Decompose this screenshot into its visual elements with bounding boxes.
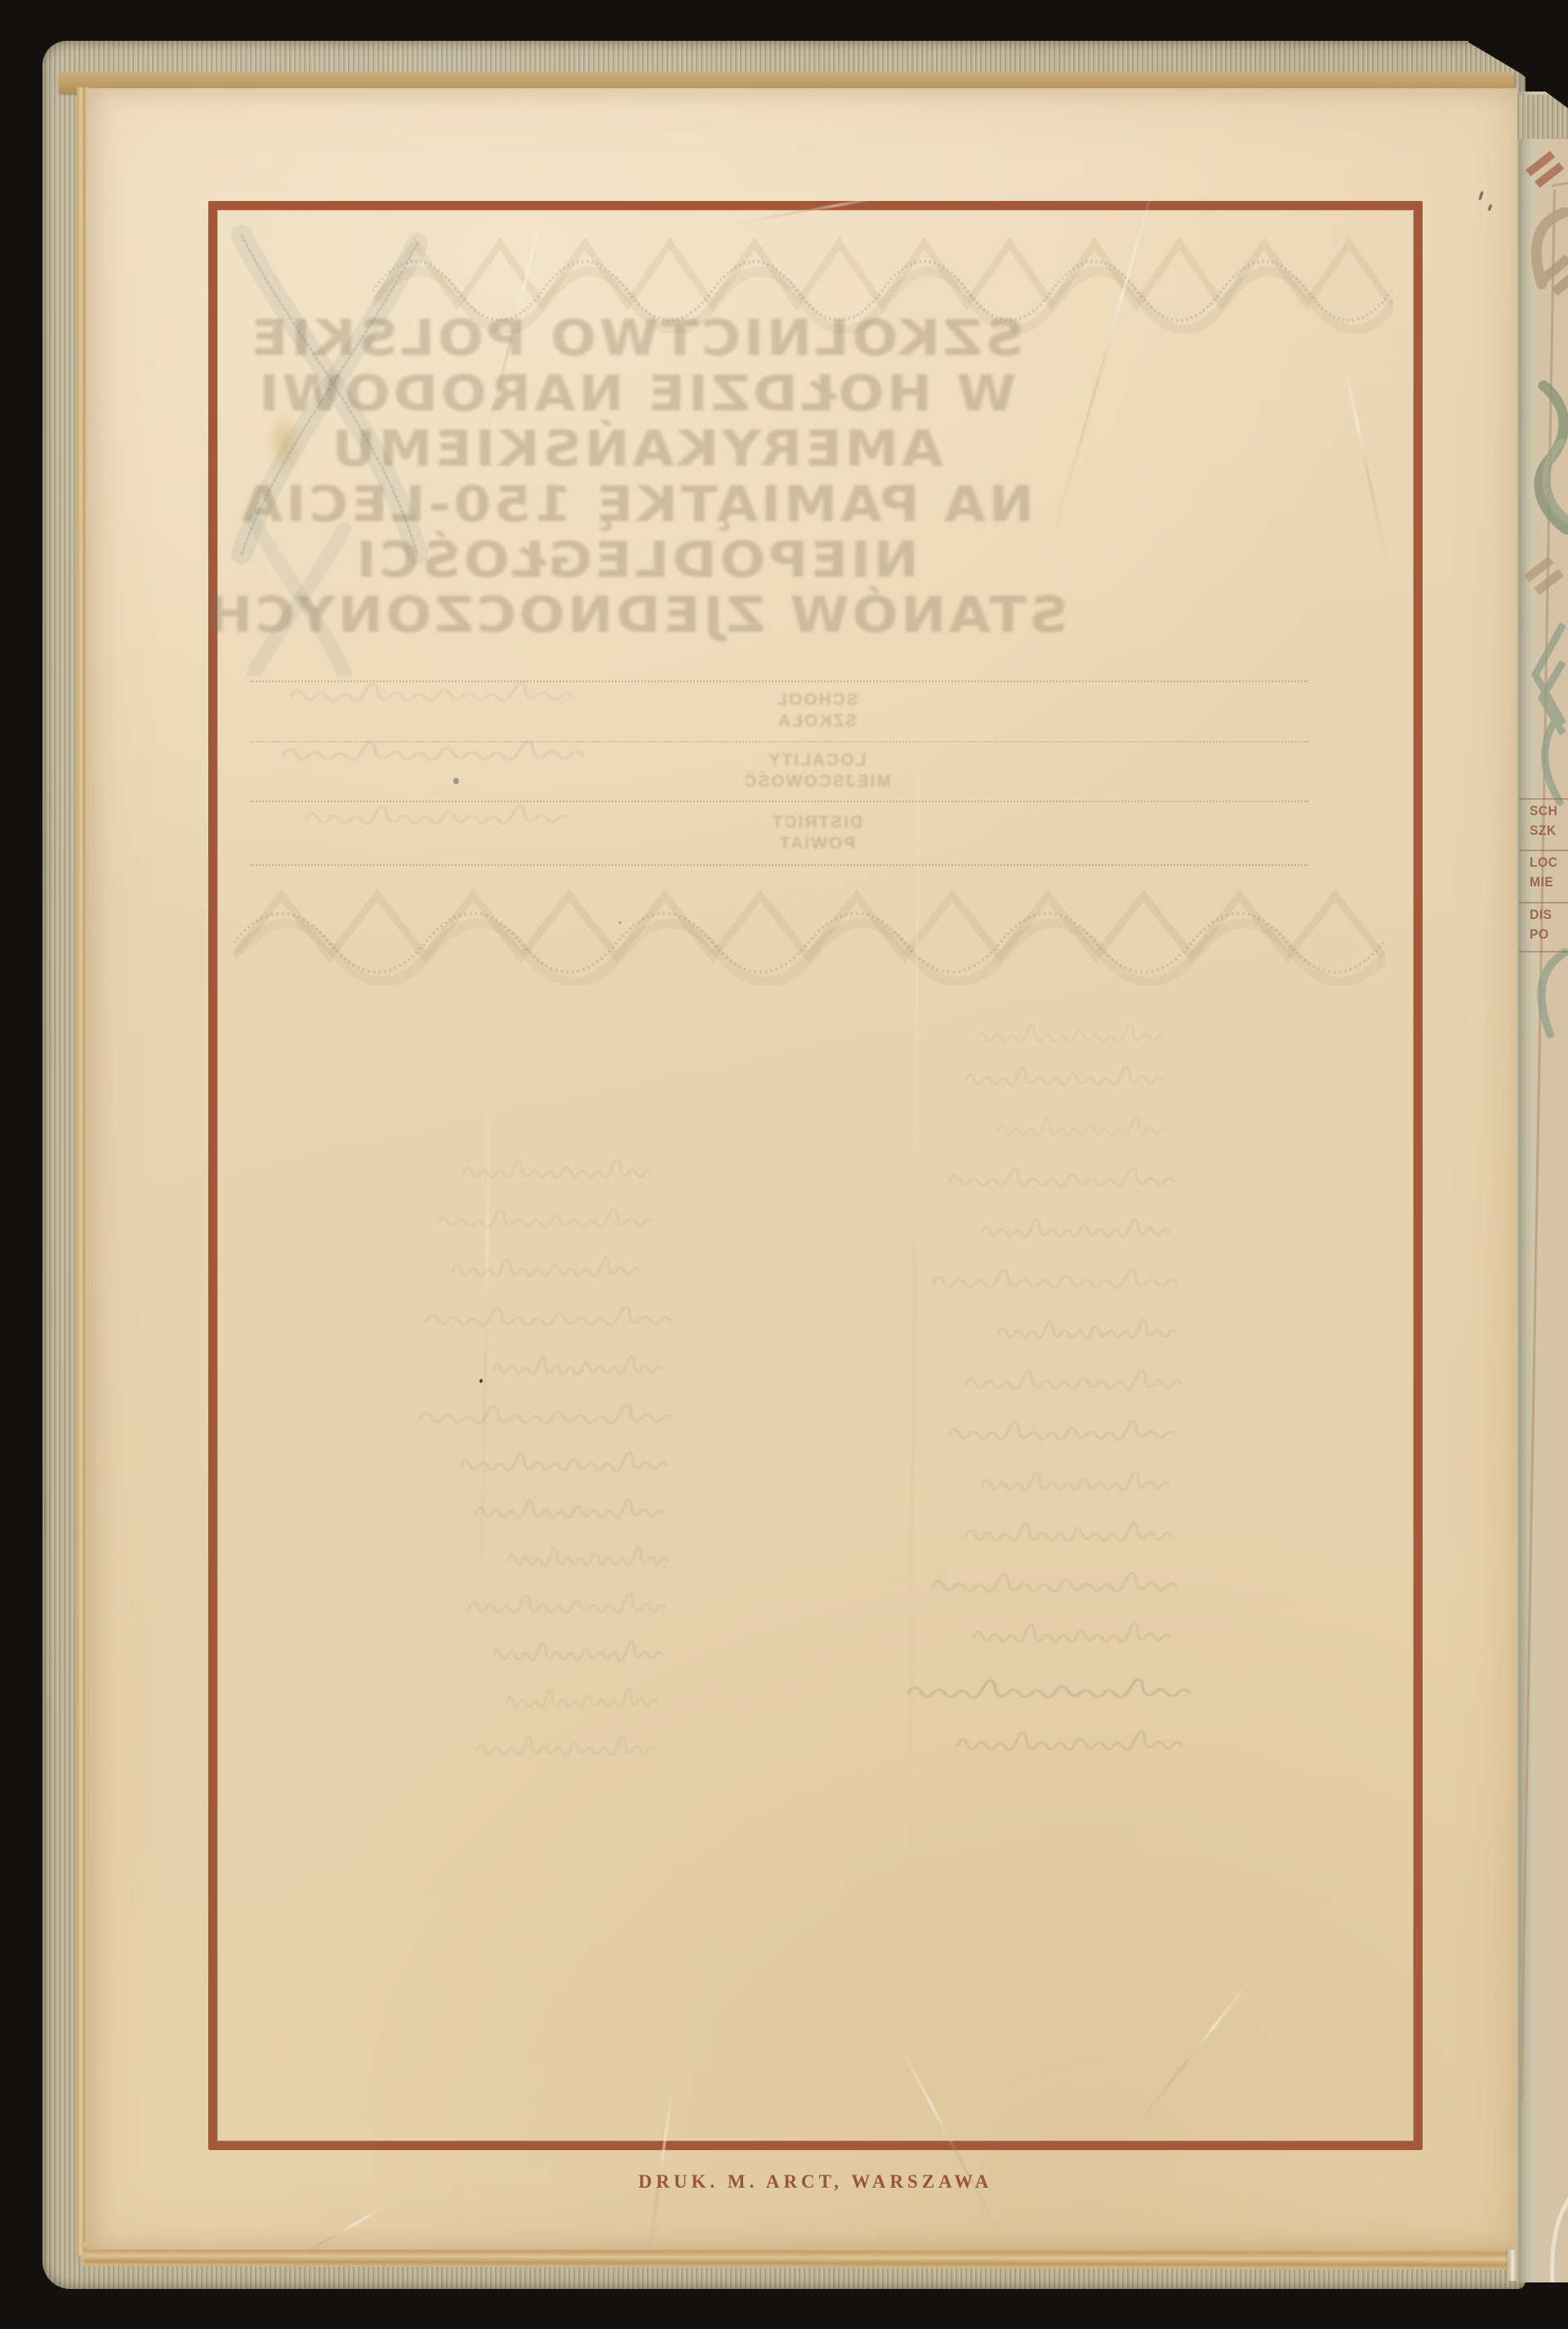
next-page-table-rule [1519, 951, 1568, 953]
next-page-label-fragment: MIE [1530, 874, 1553, 890]
scanned-book-page: SCH SZK LOC MIE DIS PO [0, 0, 1568, 2329]
ghost-handwriting [87, 88, 1517, 2250]
next-page-label-fragment: SCH [1530, 803, 1557, 819]
printer-imprint: DRUK. M. ARCT, WARSZAWA [208, 2171, 1423, 2193]
paper-speck [619, 921, 621, 924]
next-page-sliver: SCH SZK LOC MIE DIS PO [1519, 91, 1568, 2282]
next-page-ornament-fragments [1519, 91, 1568, 1153]
paper-speck [479, 1379, 483, 1383]
next-page-label-fragment: LOC [1530, 854, 1557, 871]
verso-page: SZKOLNICTWO POLSKIE W HOŁDZIE NARODOWI A… [87, 88, 1517, 2250]
next-page-table-rule [1519, 850, 1568, 851]
next-page-label-fragment: SZK [1530, 823, 1557, 839]
next-page-table-rule [1519, 902, 1568, 903]
ghost-arc-mark [1548, 2183, 1568, 2282]
next-page-label-fragment: PO [1530, 926, 1549, 943]
next-page-label-fragment: DIS [1530, 907, 1552, 923]
paper-speck [453, 778, 459, 784]
next-page-table-rule [1519, 798, 1568, 800]
